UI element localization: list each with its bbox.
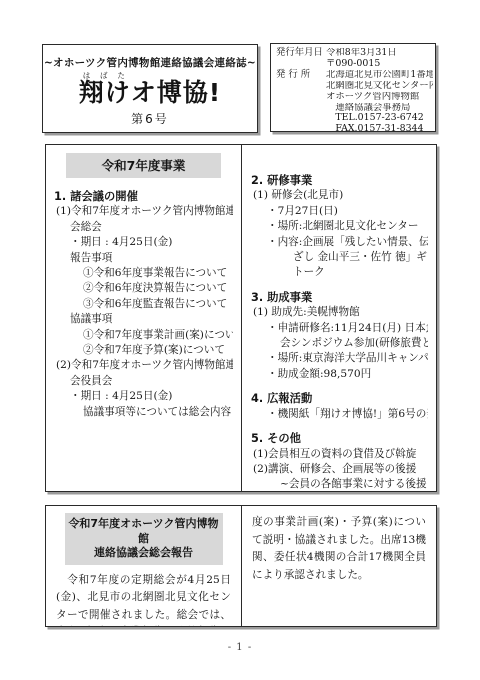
text-line: ②令和7年度予算(案)について bbox=[54, 343, 233, 358]
publisher-row-label: 発 行 所 bbox=[276, 70, 326, 81]
text-line: ・場所:東京海洋大学品川キャンパス bbox=[251, 351, 428, 366]
text-line: ざし 金山平三・佐竹 徳」ギャラリー bbox=[251, 250, 428, 265]
text-line: ・7月27日(日) bbox=[251, 204, 428, 219]
issue-number: 第6号 bbox=[43, 110, 257, 127]
publisher-row-label: 発行年月日 bbox=[276, 48, 326, 59]
text-line: (1)会員相互の資料の貸借及び斡旋 bbox=[251, 447, 428, 462]
publisher-row-label bbox=[276, 103, 326, 114]
newsletter-title: 翔けはばたオ博協! bbox=[43, 71, 257, 108]
report-paragraph-right: 度の事業計画(案)・予算(案)について説明・協議されました。出席13機関、委任状… bbox=[252, 514, 426, 584]
publisher-row-label bbox=[276, 92, 326, 103]
text-line: (1) 研修会(北見市) bbox=[251, 188, 428, 203]
publisher-rows: 発行年月日 令和8年3月31日 〒090-0015 発 行 所 北海道北見市公園… bbox=[276, 48, 433, 135]
publisher-row: TEL.0157-23-6742 bbox=[276, 113, 433, 124]
text-line: ③令和6年度監査報告について bbox=[54, 297, 233, 312]
report-header-line1: 令和7年度オホーツク管内博物館 bbox=[65, 517, 223, 546]
text-line: ・助成金額:98,570円 bbox=[251, 367, 428, 382]
text-line: ・期日 : 4月25日(金) bbox=[54, 235, 233, 250]
text-line: 協議事項等については総会内容と同じ bbox=[54, 405, 233, 420]
text-line: 会シンポジウム参加(研修旅費として) bbox=[251, 336, 428, 351]
text-line: (1) 助成先:美幌博物館 bbox=[251, 305, 428, 320]
text-line: ・場所:北網圏北見文化センター bbox=[251, 219, 428, 234]
publisher-row-value: FAX.0157-31-8344 bbox=[326, 124, 433, 135]
publisher-row: 発 行 所 北海道北見市公園町1番地 bbox=[276, 70, 433, 81]
newsletter-page: ~オホーツク管内博物館連絡協議会連絡誌~ 翔けはばたオ博協! 第6号 発行年月日… bbox=[0, 0, 480, 680]
text-line: ②令和6年度決算報告について bbox=[54, 281, 233, 296]
publisher-row: 北網圏北見文化センター内 bbox=[276, 81, 433, 92]
publisher-box: 発行年月日 令和8年3月31日 〒090-0015 発 行 所 北海道北見市公園… bbox=[270, 43, 436, 132]
text-line: 協議事項 bbox=[54, 312, 233, 327]
text-line: 会役員会 bbox=[54, 374, 233, 389]
business-right-column: 2. 研修事業(1) 研修会(北見市)・7月27日(日)・場所:北網圏北見文化セ… bbox=[241, 145, 436, 491]
report-left-column: 令和7年度オホーツク管内博物館 連絡協議会総会報告 令和7年度の定期総会が4月2… bbox=[46, 506, 241, 626]
text-line: (2)令和7年度オホーツク管内博物館連絡協議 bbox=[54, 358, 233, 373]
publisher-row-value: オホーツク管内博物館 bbox=[326, 92, 433, 103]
text-line: ①令和7年度事業計画(案)について bbox=[54, 328, 233, 343]
business-left-column: 令和7年度事業 1. 諸会議の開催(1)令和7年度オホーツク管内博物館連絡協議会… bbox=[46, 145, 241, 491]
report-section-header: 令和7年度オホーツク管内博物館 連絡協議会総会報告 bbox=[65, 513, 223, 565]
title-ruby-base: 翔け bbox=[79, 78, 131, 107]
business-section-header: 令和7年度事業 bbox=[66, 153, 221, 178]
report-paragraph-left: 令和7年度の定期総会が4月25日(金)、北見市の北網圏北見文化センターで開催され… bbox=[56, 572, 231, 627]
text-line: ・内容:企画展「残したい情景、伝えたいまな bbox=[251, 235, 428, 250]
publisher-row-value: 〒090-0015 bbox=[326, 59, 433, 70]
business-right-lines: 2. 研修事業(1) 研修会(北見市)・7月27日(日)・場所:北網圏北見文化セ… bbox=[251, 173, 428, 491]
title-rest: オ博協! bbox=[131, 78, 221, 107]
text-line: 会総会 bbox=[54, 220, 233, 235]
text-line: (1)令和7年度オホーツク管内博物館連絡協議 bbox=[54, 204, 233, 219]
text-line: ~会員の各館事業に対する後援 bbox=[251, 477, 428, 491]
newsletter-subtitle: ~オホーツク管内博物館連絡協議会連絡誌~ bbox=[43, 55, 257, 70]
publisher-row: オホーツク管内博物館 bbox=[276, 92, 433, 103]
text-line: ・機関紙「翔けオ博協!」第6号の発行 bbox=[251, 407, 428, 422]
title-furigana: はばた bbox=[79, 71, 131, 80]
publisher-row: 連絡協議会事務局 bbox=[276, 103, 433, 114]
text-line: トーク bbox=[251, 265, 428, 280]
report-box: 令和7年度オホーツク管内博物館 連絡協議会総会報告 令和7年度の定期総会が4月2… bbox=[45, 505, 437, 627]
publisher-row-label bbox=[276, 81, 326, 92]
publisher-row-value: 北海道北見市公園町1番地 bbox=[326, 70, 433, 81]
publisher-row-value: 連絡協議会事務局 bbox=[326, 103, 433, 114]
report-header-line2: 連絡協議会総会報告 bbox=[65, 546, 223, 561]
text-line: (2)講演、研修会、企画展等の後援 bbox=[251, 462, 428, 477]
publisher-row-label bbox=[276, 113, 326, 124]
publisher-row: FAX.0157-31-8344 bbox=[276, 124, 433, 135]
publisher-row-value: 北網圏北見文化センター内 bbox=[326, 81, 433, 92]
text-line: ①令和6年度事業報告について bbox=[54, 266, 233, 281]
text-line: 5. その他 bbox=[251, 431, 428, 446]
text-line: 4. 広報活動 bbox=[251, 391, 428, 406]
page-number: - 1 - bbox=[0, 642, 480, 653]
text-line: 3. 助成事業 bbox=[251, 290, 428, 305]
publisher-row-label bbox=[276, 124, 326, 135]
report-right-column: 度の事業計画(案)・予算(案)について説明・協議されました。出席13機関、委任状… bbox=[241, 506, 436, 626]
business-left-lines: 1. 諸会議の開催(1)令和7年度オホーツク管内博物館連絡協議会総会・期日 : … bbox=[54, 189, 233, 420]
text-line: ・期日 : 4月25日(金) bbox=[54, 389, 233, 404]
publisher-row: 発行年月日 令和8年3月31日 bbox=[276, 48, 433, 59]
publisher-row-value: TEL.0157-23-6742 bbox=[326, 113, 433, 124]
title-ruby: 翔けはばた bbox=[79, 78, 131, 107]
publisher-row-value: 令和8年3月31日 bbox=[326, 48, 433, 59]
business-box: 令和7年度事業 1. 諸会議の開催(1)令和7年度オホーツク管内博物館連絡協議会… bbox=[45, 144, 437, 492]
text-line: 1. 諸会議の開催 bbox=[54, 189, 233, 204]
text-line: 2. 研修事業 bbox=[251, 173, 428, 188]
text-line: 報告事項 bbox=[54, 251, 233, 266]
masthead-box: ~オホーツク管内博物館連絡協議会連絡誌~ 翔けはばたオ博協! 第6号 bbox=[42, 44, 258, 133]
text-line: ・申請研修名:11月24日(月) 日本魚類学 bbox=[251, 321, 428, 336]
